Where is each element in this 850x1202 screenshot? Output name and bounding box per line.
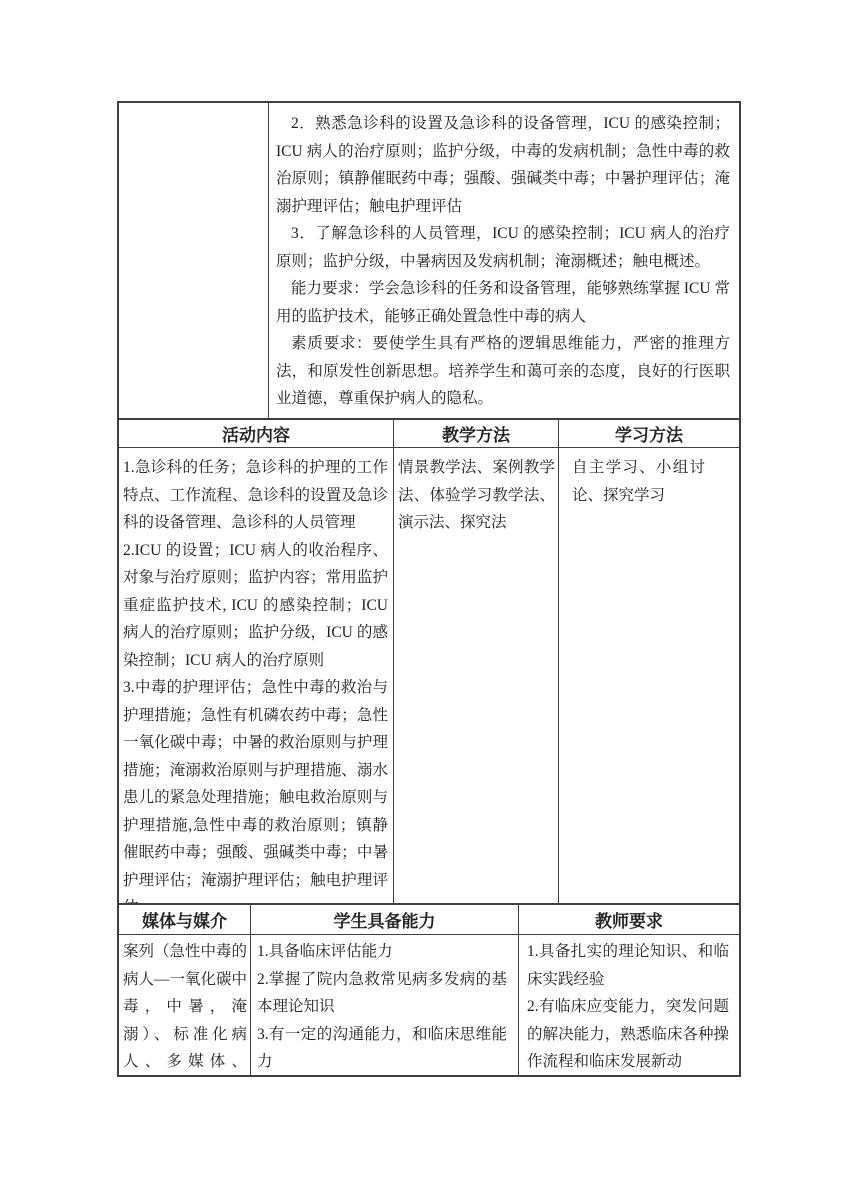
activity-header-row: 活动内容 教学方法 学习方法 — [119, 418, 739, 448]
activity-item-3: 3.中毒的护理评估；急性中毒的救治与护理措施；急性有机磷农药中毒；急性一氧化碳中… — [123, 674, 388, 903]
media-cell: 案列（急性中毒的病人—一氧化碳中毒，中暑，淹溺）、标准化病人、多媒体、PPT、仿 — [119, 935, 251, 1075]
learning-methods-text: 自主学习、小组讨论、探究学习 — [572, 454, 705, 509]
objectives-text-cell: 2．熟悉急诊科的设置及急诊科的设备管理，ICU 的感染控制；ICU 病人的治疗原… — [269, 103, 739, 418]
objective-familiar: 2．熟悉急诊科的设置及急诊科的设备管理，ICU 的感染控制；ICU 病人的治疗原… — [276, 110, 730, 220]
teacher-requirement-1: 1.具备扎实的理论知识、和临床实践经验 — [527, 938, 729, 993]
header-activity-content: 活动内容 — [119, 420, 394, 447]
objectives-row: 2．熟悉急诊科的设置及急诊科的设备管理，ICU 的感染控制；ICU 病人的治疗原… — [119, 103, 739, 418]
learning-methods-cell: 自主学习、小组讨论、探究学习 — [559, 448, 739, 903]
header-teaching-methods: 教学方法 — [394, 420, 559, 447]
activity-item-2: 2.ICU 的设置；ICU 病人的收治程序、对象与治疗原则；监护内容；常用监护重… — [123, 537, 388, 675]
media-header-row: 媒体与媒介 学生具备能力 教师要求 — [119, 903, 739, 935]
student-ability-2: 2.掌握了院内急救常见病多发病的基本理论知识 — [257, 966, 507, 1021]
objective-quality: 素质要求：要使学生具有严格的逻辑思维能力，严密的推理方法，和原发性创新思想。培养… — [276, 330, 730, 413]
student-ability-3: 3.有一定的沟通能力，和临床思维能力 — [257, 1021, 507, 1076]
scanned-document-page: { "colors": { "background": "#ffffff", "… — [0, 0, 850, 1202]
objectives-label-cell-empty — [119, 103, 269, 418]
student-abilities-cell: 1.具备临床评估能力 2.掌握了院内急救常见病多发病的基本理论知识 3.有一定的… — [251, 935, 519, 1075]
header-student-abilities: 学生具备能力 — [251, 905, 519, 934]
activity-body-row: 1.急诊科的任务；急诊科的护理的工作特点、工作流程、急诊科的设置及急诊科的设备管… — [119, 448, 739, 903]
teaching-methods-cell: 情景教学法、案例教学法、体验学习教学法、演示法、探究法 — [394, 448, 559, 903]
objective-ability: 能力要求：学会急诊科的任务和设备管理，能够熟练掌握 ICU 常用的监护技术，能够… — [276, 275, 730, 330]
student-ability-1: 1.具备临床评估能力 — [257, 938, 507, 966]
header-teacher-requirements: 教师要求 — [519, 905, 739, 934]
header-learning-methods: 学习方法 — [559, 420, 739, 447]
objective-understand: 3．了解急诊科的人员管理，ICU 的感染控制；ICU 病人的治疗原则；监护分级，… — [276, 220, 730, 275]
activity-content-cell: 1.急诊科的任务；急诊科的护理的工作特点、工作流程、急诊科的设置及急诊科的设备管… — [119, 448, 394, 903]
lesson-plan-table: 2．熟悉急诊科的设置及急诊科的设备管理，ICU 的感染控制；ICU 病人的治疗原… — [117, 101, 741, 1077]
activity-item-1: 1.急诊科的任务；急诊科的护理的工作特点、工作流程、急诊科的设置及急诊科的设备管… — [123, 454, 388, 537]
teacher-requirement-2: 2.有临床应变能力，突发问题的解决能力，熟悉临床各种操作流程和临床发展新动 — [527, 993, 729, 1075]
media-body-row: 案列（急性中毒的病人—一氧化碳中毒，中暑，淹溺）、标准化病人、多媒体、PPT、仿… — [119, 935, 739, 1075]
teacher-requirements-cell: 1.具备扎实的理论知识、和临床实践经验 2.有临床应变能力，突发问题的解决能力，… — [519, 935, 739, 1075]
teaching-methods-text: 情景教学法、案例教学法、体验学习教学法、演示法、探究法 — [398, 454, 555, 537]
media-text: 案列（急性中毒的病人—一氧化碳中毒，中暑，淹溺）、标准化病人、多媒体、PPT、仿 — [123, 938, 247, 1075]
header-media: 媒体与媒介 — [119, 905, 251, 934]
